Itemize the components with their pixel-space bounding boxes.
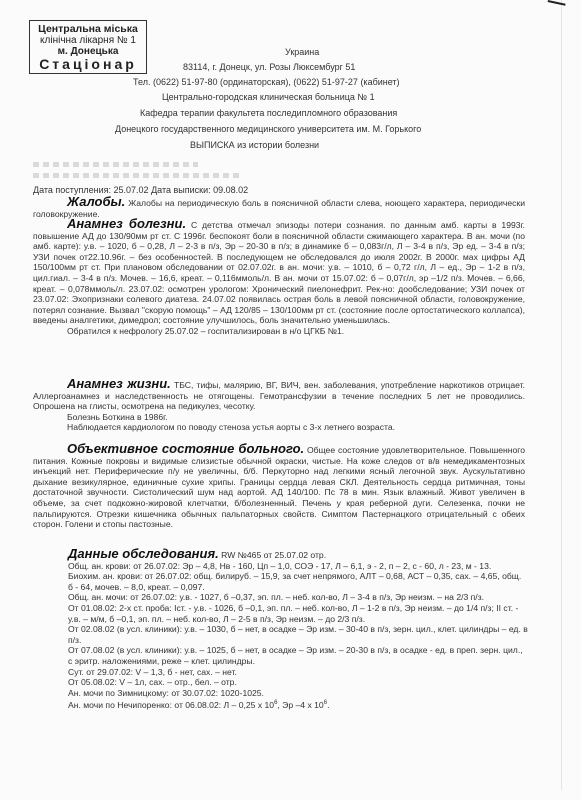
history-illness-extra: Обратился к нефрологу 25.07.02 – госпита… [33,326,525,337]
exam-result-line: Ан. мочи по Зимницкому: от 30.07.02: 102… [68,688,528,699]
history-illness-title: Анамнез болезни. [67,216,186,231]
objective-text: Общее состояние удовлетворительное. Повы… [33,445,525,529]
exam-result-line: Сут. от 29.07.02: V – 1,3, б - нет, сах.… [68,667,528,678]
exam-nechiporenko: Ан. мочи по Нечипоренко: от 06.08.02: Л … [68,698,528,710]
history-life-extra-2: Наблюдается кардиологом по поводу стеноз… [33,422,525,433]
header-address: 83114, г. Донецк, ул. Розы Люксембург 51 [183,62,355,72]
exam-result-line: Общ. ан. крови: от 26.07.02: Эр – 4,8, Н… [68,561,528,572]
admission-dates: Дата поступления: 25.07.02 Дата выписки:… [33,185,248,195]
exam-result-line: От 05.08.02: V – 1л, сах. – отр., бел. –… [68,677,528,688]
nechiporenko-text: Ан. мочи по Нечипоренко: от 06.08.02: Л … [68,700,274,710]
history-illness-section: Анамнез болезни. С детства отмечал эпизо… [33,219,525,337]
redacted-patient-info [33,162,198,167]
history-life-title: Анамнез жизни. [67,376,171,391]
header-country: Украина [285,47,319,57]
nechiporenko-text: . [327,700,329,710]
examination-results-list: Общ. ан. крови: от 26.07.02: Эр – 4,8, Н… [68,561,528,699]
complaints-title: Жалобы. [67,194,125,209]
header-department: Кафедра терапии факультета последипломно… [140,108,397,118]
header-university: Донецкого государственного медицинского … [115,124,421,134]
stamp-line-2: клінічна лікарня № 1 [30,35,146,46]
exam-result-line: От 02.08.02 (в усл. клиники): у.в. – 103… [68,624,528,645]
page-edge [561,0,562,790]
exam-result-line: От 07.08.02 (в усл. клиники): у.в. – 102… [68,645,528,666]
history-illness-text: С детства отмечал эпизоды потери сознани… [33,220,525,325]
stamp-line-1: Центральна міська [30,24,146,35]
exam-result-line: От 01.08.02: 2-х ст. проба: Iст. - у.в. … [68,603,528,624]
header-hospital: Центрально-городская клиническая больниц… [162,92,375,102]
examination-title: Данные обследования. [68,546,219,561]
hospital-stamp: Центральна міська клінічна лікарня № 1 м… [29,20,147,74]
stamp-line-4: Стаціонар [30,57,146,72]
exam-result-line: Биохим. ан. крови: от 26.07.02: общ. бил… [68,571,528,592]
exam-result-line: Общ. ан. мочи: от 26.07.02: у.в. - 1027,… [68,592,528,603]
history-life-extra-1: Болезнь Боткина в 1986г. [33,412,525,423]
objective-section: Объективное состояние больного. Общее со… [33,444,525,530]
objective-title: Объективное состояние больного. [67,441,304,456]
document-title: ВЫПИСКА из истории болезни [190,140,319,150]
header-phone: Тел. (0622) 51-97-80 (ординаторская), (0… [133,77,400,87]
redacted-patient-address [33,173,243,178]
nechiporenko-text: , Эр –4 х 10 [277,700,323,710]
discharge-summary-page: Центральна міська клінічна лікарня № 1 м… [0,0,581,800]
examination-rw: RW №465 от 25.07.02 отр. [219,550,326,560]
examination-section: Данные обследования. RW №465 от 25.07.02… [68,549,528,711]
history-life-section: Анамнез жизни. ТБС, тифы, малярию, ВГ, В… [33,379,525,433]
page-corner-mark [548,0,566,6]
